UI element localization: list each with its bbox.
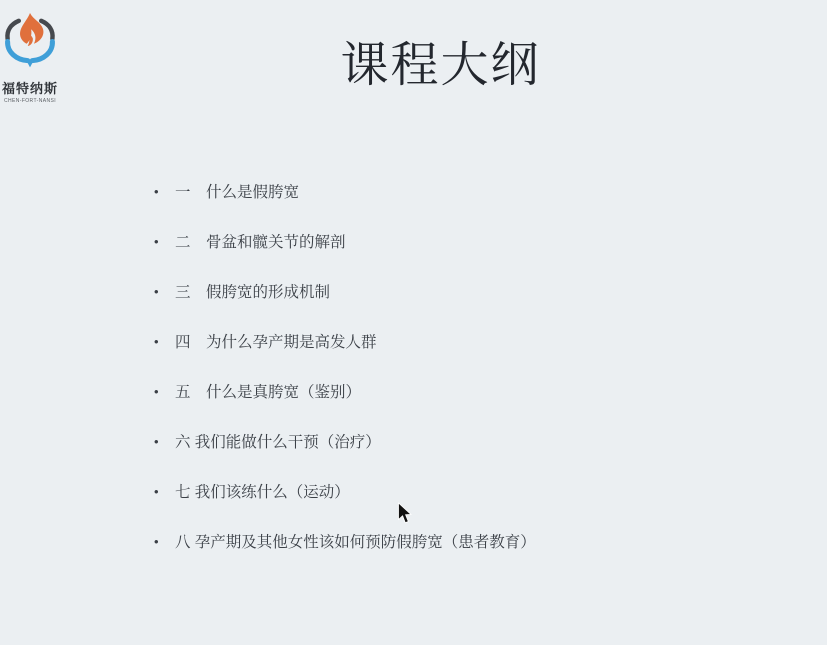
list-item-text: 四 为什么孕产期是高发人群 (175, 330, 377, 352)
bullet-icon: • (154, 184, 175, 199)
list-item: • 一 什么是假胯宽 (154, 166, 536, 216)
bullet-icon: • (154, 434, 175, 449)
list-item: • 四 为什么孕产期是高发人群 (154, 316, 536, 366)
list-item: • 二 骨盆和髋关节的解剖 (154, 216, 536, 266)
list-item: • 六 我们能做什么干预（治疗） (154, 416, 536, 466)
list-item: • 五 什么是真胯宽（鉴别） (154, 366, 536, 416)
list-item: • 三 假胯宽的形成机制 (154, 266, 536, 316)
mouse-cursor-icon (397, 502, 412, 525)
list-item-text: 八 孕产期及其他女性该如何预防假胯宽（患者教育） (175, 530, 536, 552)
brand-tagline: CHEN-FORT-NANSI (0, 98, 63, 104)
list-item: • 八 孕产期及其他女性该如何预防假胯宽（患者教育） (154, 516, 536, 566)
list-item-text: 一 什么是假胯宽 (175, 180, 299, 202)
list-item-text: 二 骨盆和髋关节的解剖 (175, 230, 346, 252)
bullet-icon: • (154, 334, 175, 349)
bullet-icon: • (154, 534, 175, 549)
bullet-icon: • (154, 384, 175, 399)
list-item-text: 三 假胯宽的形成机制 (175, 280, 330, 302)
bullet-icon: • (154, 284, 175, 299)
list-item-text: 七 我们该练什么（运动） (175, 480, 350, 502)
page-title: 课程大纲 (27, 26, 827, 95)
list-item: • 七 我们该练什么（运动） (154, 466, 536, 516)
course-outline-list: • 一 什么是假胯宽 • 二 骨盆和髋关节的解剖 • 三 假胯宽的形成机制 • … (154, 166, 536, 566)
list-item-text: 五 什么是真胯宽（鉴别） (175, 380, 361, 402)
bullet-icon: • (154, 234, 175, 249)
bullet-icon: • (154, 484, 175, 499)
list-item-text: 六 我们能做什么干预（治疗） (175, 430, 381, 452)
